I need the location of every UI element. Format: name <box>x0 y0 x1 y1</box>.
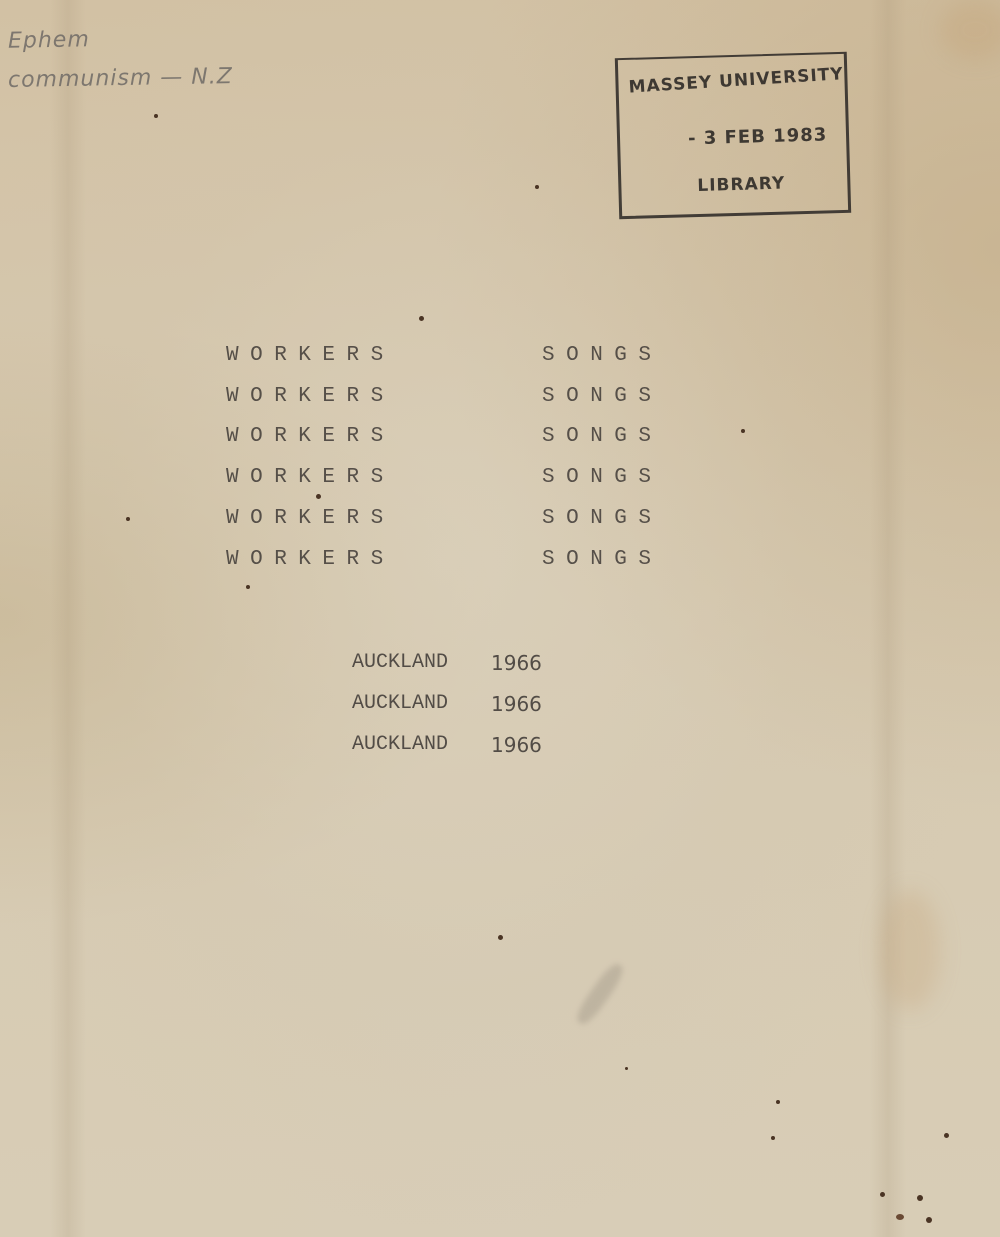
document-page: Ephem communism — N.Z MASSEY UNIVERSITY … <box>0 0 1000 1237</box>
imprint-year: 1966 <box>491 692 542 716</box>
title-word-right: SONGS <box>542 344 663 367</box>
imprint-place: AUCKLAND <box>352 733 448 756</box>
imprint-year: 1966 <box>491 651 542 675</box>
stamp-institution: MASSEY UNIVERSITY <box>628 64 844 97</box>
imprint-year: 1966 <box>491 733 542 757</box>
paper-crease <box>50 0 86 1237</box>
paper-stain <box>880 890 940 1010</box>
stamp-date: - 3 FEB 1983 <box>688 124 828 149</box>
title-word-right: SONGS <box>542 507 663 530</box>
handwritten-note-line-2: communism — N.Z <box>8 64 233 93</box>
title-word-right: SONGS <box>542 466 663 489</box>
title-word-left: WORKERS <box>226 507 395 530</box>
title-word-left: WORKERS <box>226 385 395 408</box>
stamp-department: LIBRARY <box>697 174 785 196</box>
title-word-right: SONGS <box>542 385 663 408</box>
ink-smudge <box>573 960 628 1028</box>
title-word-right: SONGS <box>542 425 663 448</box>
title-word-left: WORKERS <box>226 548 395 571</box>
title-word-right: SONGS <box>542 548 663 571</box>
handwritten-note-line-1: Ephem <box>8 27 90 53</box>
imprint-place: AUCKLAND <box>352 692 448 715</box>
imprint-place: AUCKLAND <box>352 651 448 674</box>
paper-crease <box>870 0 906 1237</box>
library-stamp: MASSEY UNIVERSITY - 3 FEB 1983 LIBRARY <box>615 52 851 219</box>
title-word-left: WORKERS <box>226 425 395 448</box>
title-word-left: WORKERS <box>226 466 395 489</box>
paper-stain <box>940 0 1000 60</box>
title-word-left: WORKERS <box>226 344 395 367</box>
